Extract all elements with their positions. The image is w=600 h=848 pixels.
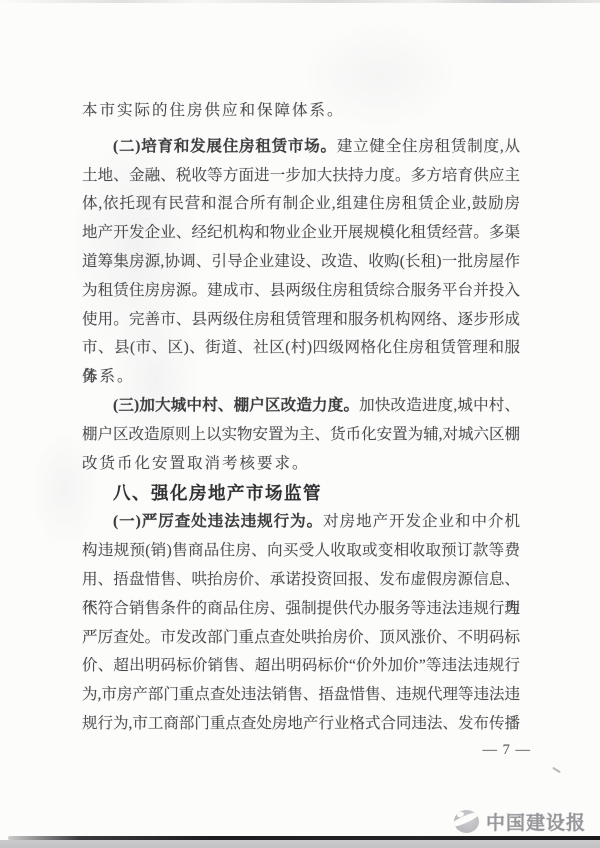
text-line: 土地、金融、税收等方面进一步加大扶持力度。多方培育供应主 [82,162,520,191]
paragraph-text: 不符合销售条件的商品住房、强制提供代办服务等违法违规行为 [82,600,520,617]
paragraph-text: 加快改造进度,城中村、 [359,397,520,414]
scanned-document-page: 本市实际的住房供应和保障体系。(二)培育和发展住房租赁市场。建立健全住房租赁制度… [0,0,600,848]
paragraph-text: 体系。 [82,368,135,385]
paragraph-text: 价、超出明码标价销售、超出明码标价“价外加价”等违法违规行 [82,657,520,674]
paragraph-lead-text: 八、强化房地产市场监管 [113,483,322,503]
scan-background-strip [0,840,600,848]
paragraph-text: 道筹集房源,协调、引导企业建设、改造、收购(长租)一批房屋作 [82,253,520,270]
paragraph-text: 体,依托现有民营和混合所有制企业,组建住房租赁企业,鼓励房 [82,195,520,212]
paragraph-text: 对房地产开发企业和中介机 [323,513,520,530]
text-line: 用、捂盘惜售、哄抬房价、承诺投资回报、发布虚假房源信息、代理 [82,566,520,595]
paragraph-text: 土地、金融、税收等方面进一步加大扶持力度。多方培育供应主 [82,167,520,184]
paragraph-text: 使用。完善市、县两级住房租赁管理和服务机构网络、逐步形成 [82,311,520,328]
paragraph-text: 本市实际的住房供应和保障体系。 [82,102,345,119]
text-line: (三)加大城中村、棚户区改造力度。加快改造进度,城中村、 [82,392,520,421]
text-line: 地产开发企业、经纪机构和物业企业开展规模化租赁经营。多渠 [82,219,520,248]
text-line: 价、超出明码标价销售、超出明码标价“价外加价”等违法违规行 [82,652,520,681]
text-line: 改货币化安置取消考核要求。 [82,450,520,479]
globe-swirl-icon [454,810,479,833]
text-line: 道筹集房源,协调、引导企业建设、改造、收购(长租)一批房屋作 [82,248,520,277]
brand-name: 中国建设报 [486,808,586,835]
text-line: 规行为,市工商部门重点查处房地产行业格式合同违法、发布传播 [82,710,520,739]
text-line: 构违规预(销)售商品住房、向买受人收取或变相收取预订款等费 [82,537,520,566]
text-line: 棚户区改造原则上以实物安置为主、货币化安置为辅,对城六区棚 [82,421,520,450]
page-number: — 7 — [483,742,532,759]
paragraph-text: 地产开发企业、经纪机构和物业企业开展规模化租赁经营。多渠 [82,224,520,241]
paragraph-lead-text: (二)培育和发展住房租赁市场。 [113,138,337,155]
text-line: (二)培育和发展住房租赁市场。建立健全住房租赁制度,从 [82,133,520,162]
paragraph-text: 棚户区改造原则上以实物安置为主、货币化安置为辅,对城六区棚 [82,426,520,443]
text-line: 为,市房产部门重点查处违法销售、捂盘惜售、违规代理等违法违 [82,681,520,710]
text-line: (一)严厉查处违法违规行为。对房地产开发企业和中介机 [82,508,520,537]
paragraph-lead-text: (三)加大城中村、棚户区改造力度。 [113,397,359,414]
section-heading: 八、强化房地产市场监管 [82,478,520,508]
text-line: 不符合销售条件的商品住房、强制提供代办服务等违法违规行为 [82,595,520,624]
paragraph-text: 严厉查处。市发改部门重点查处哄抬房价、顶风涨价、不明码标 [82,629,520,646]
text-line: 严厉查处。市发改部门重点查处哄抬房价、顶风涨价、不明码标 [82,624,520,653]
paragraph-text: 改货币化安置取消考核要求。 [82,455,310,472]
text-line: 体,依托现有民营和混合所有制企业,组建住房租赁企业,鼓励房 [82,190,520,219]
paragraph-lead-text: (一)严厉查处违法违规行为。 [113,513,323,530]
text-line: 为租赁住房房源。建成市、县两级住房租赁综合服务平台并投入 [82,277,520,306]
scan-stray-mark [552,767,561,773]
text-line: 体系。 [82,363,520,392]
watermark-footer: 中国建设报 [454,808,586,835]
text-line: 市、县(市、区)、街道、社区(村)四级网格化住房租赁管理和服务 [82,334,520,363]
scan-top-edge-artifact [0,0,600,3]
paragraph-text: 为,市房产部门重点查处违法销售、捂盘惜售、违规代理等违法违 [82,686,520,703]
paragraph-text: 规行为,市工商部门重点查处房地产行业格式合同违法、发布传播 [82,715,520,732]
document-body: 本市实际的住房供应和保障体系。(二)培育和发展住房租赁市场。建立健全住房租赁制度… [82,97,520,739]
paragraph-text: 构违规预(销)售商品住房、向买受人收取或变相收取预订款等费 [82,542,520,559]
text-line: 本市实际的住房供应和保障体系。 [82,97,520,126]
paragraph-text: 为租赁住房房源。建成市、县两级住房租赁综合服务平台并投入 [82,282,520,299]
text-line: 使用。完善市、县两级住房租赁管理和服务机构网络、逐步形成 [82,306,520,335]
paragraph-text: 建立健全住房租赁制度,从 [337,138,520,155]
